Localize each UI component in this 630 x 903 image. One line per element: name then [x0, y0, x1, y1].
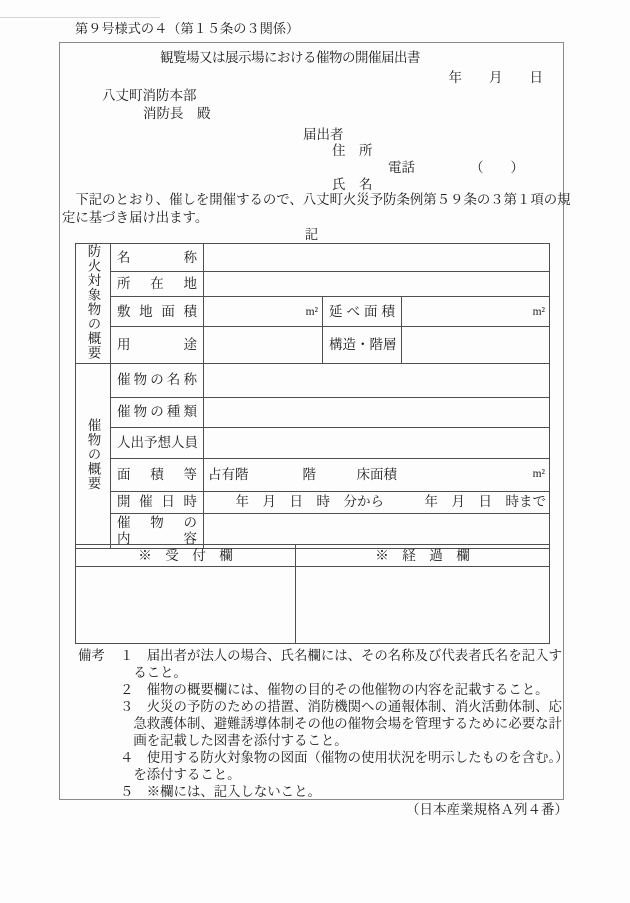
total-floor-area-label: 延べ面積 [323, 296, 402, 327]
ki-heading: 記 [60, 227, 563, 243]
structure-floors-label: 構造・階層 [323, 327, 402, 363]
area-field-cell: 占有階 階 床面積 m² [204, 458, 550, 491]
building-location-label: 所在地 [111, 271, 204, 296]
expected-attendance-label: 人出予想人員 [111, 427, 204, 458]
remarks-section: 備考 １ 届出者が法人の場合、氏名欄には、その名称及び代表者氏名を記入す ること… [78, 647, 564, 800]
form-number-label: 第９号様式の４（第１５条の３関係） [75, 21, 299, 37]
remarks-line: 急救護体制、避難誘導体制その他の催物会場を管理するために必要な計 [120, 715, 569, 732]
structure-floors-field-cell [402, 327, 550, 363]
reception-column-header: ※ 受 付 欄 [76, 545, 296, 567]
details-table: 防火対象物の概要 名称 所在地 敷地面積 m² 延べ面積 m² 用途 構造・階層 [75, 243, 550, 549]
form-title: 観覧場又は展示場における催物の開催届出書 [160, 50, 420, 66]
section-building-label: 防火対象物の概要 [76, 244, 111, 364]
addressee-fire-chief: 消防長 殿 [143, 106, 211, 122]
square-meter-unit: m² [533, 306, 545, 318]
event-name-label: 催物の名称 [111, 363, 204, 397]
remarks-line: ３ 火災の予防のための措置、消防機関への通報体制、消火活動体制、応 [120, 698, 569, 715]
remarks-line: １ 届出者が法人の場合、氏名欄には、その名称及び代表者氏名を記入す [120, 647, 569, 664]
site-area-field-cell: m² [204, 296, 323, 327]
phone-parentheses: （ ） [470, 160, 524, 176]
stamp-table: ※ 受 付 欄 ※ 経 過 欄 [75, 544, 550, 644]
address-label: 住 所 [332, 143, 373, 159]
date-line: 年 月 日 [449, 70, 544, 86]
event-name-field-cell [204, 363, 550, 397]
building-name-field-cell [204, 244, 550, 272]
event-content-field-cell [204, 513, 550, 548]
expected-attendance-field-cell [204, 427, 550, 458]
event-content-label: 催物の 内容 [111, 513, 204, 548]
building-location-field-cell [204, 271, 550, 296]
remarks-line: ４ 使用する防火対象物の図面（催物の使用状況を明示したものを含む。） [120, 749, 569, 766]
area-label: 面積等 [111, 458, 204, 491]
square-meter-unit: m² [533, 469, 545, 481]
reception-stamp-cell [76, 567, 296, 644]
site-area-label: 敷地面積 [111, 296, 204, 327]
remarks-line: 画を記載した図書を添付すること。 [120, 732, 569, 749]
event-type-label: 催物の種類 [111, 397, 204, 427]
addressee-fire-department: 八丈町消防本部 [102, 88, 197, 104]
square-meter-unit: m² [306, 306, 318, 318]
form-border-box: 観覧場又は展示場における催物の開催届出書 年 月 日 八丈町消防本部 消防長 殿… [59, 42, 564, 800]
remarks-line: ること。 [120, 664, 569, 681]
total-floor-area-field-cell: m² [402, 296, 550, 327]
body-paragraph-line: 下記のとおり、催しを開催するので、八丈町火災予防条例第５９条の３第１項の規 [62, 191, 562, 209]
progress-stamp-cell [296, 567, 550, 644]
page-top-rule [0, 17, 160, 18]
applicant-label: 届出者 [303, 127, 344, 143]
phone-label: 電話 [388, 160, 415, 176]
event-datetime-field-cell: 年 月 日 時 分から 年 月 日 時まで [204, 491, 550, 513]
event-type-field-cell [204, 397, 550, 427]
section-event-label: 催物の概要 [76, 363, 111, 548]
progress-column-header: ※ 経 過 欄 [296, 545, 550, 567]
building-name-label: 名称 [111, 244, 204, 272]
jis-paper-size-note: （日本産業規格Ａ列４番） [406, 802, 568, 818]
use-label: 用途 [111, 327, 204, 363]
body-paragraph-line: 定に基づき届け出ます。 [62, 209, 562, 227]
body-paragraph: 下記のとおり、催しを開催するので、八丈町火災予防条例第５９条の３第１項の規 定に… [62, 191, 562, 227]
area-field-text: 占有階 階 床面積 [208, 468, 397, 482]
remarks-line: を添付すること。 [120, 766, 569, 783]
remarks-list: １ 届出者が法人の場合、氏名欄には、その名称及び代表者氏名を記入す ること。 ２… [120, 647, 569, 800]
document-page: 第９号様式の４（第１５条の３関係） 観覧場又は展示場における催物の開催届出書 年… [0, 0, 630, 903]
remarks-line: ５ ※欄には、記入しないこと。 [120, 783, 569, 800]
remarks-line: ２ 催物の概要欄には、催物の目的その他催物の内容を記載すること。 [120, 681, 569, 698]
remarks-label: 備考 [78, 647, 120, 800]
use-field-cell [204, 327, 323, 363]
event-datetime-label: 開催日時 [111, 491, 204, 513]
